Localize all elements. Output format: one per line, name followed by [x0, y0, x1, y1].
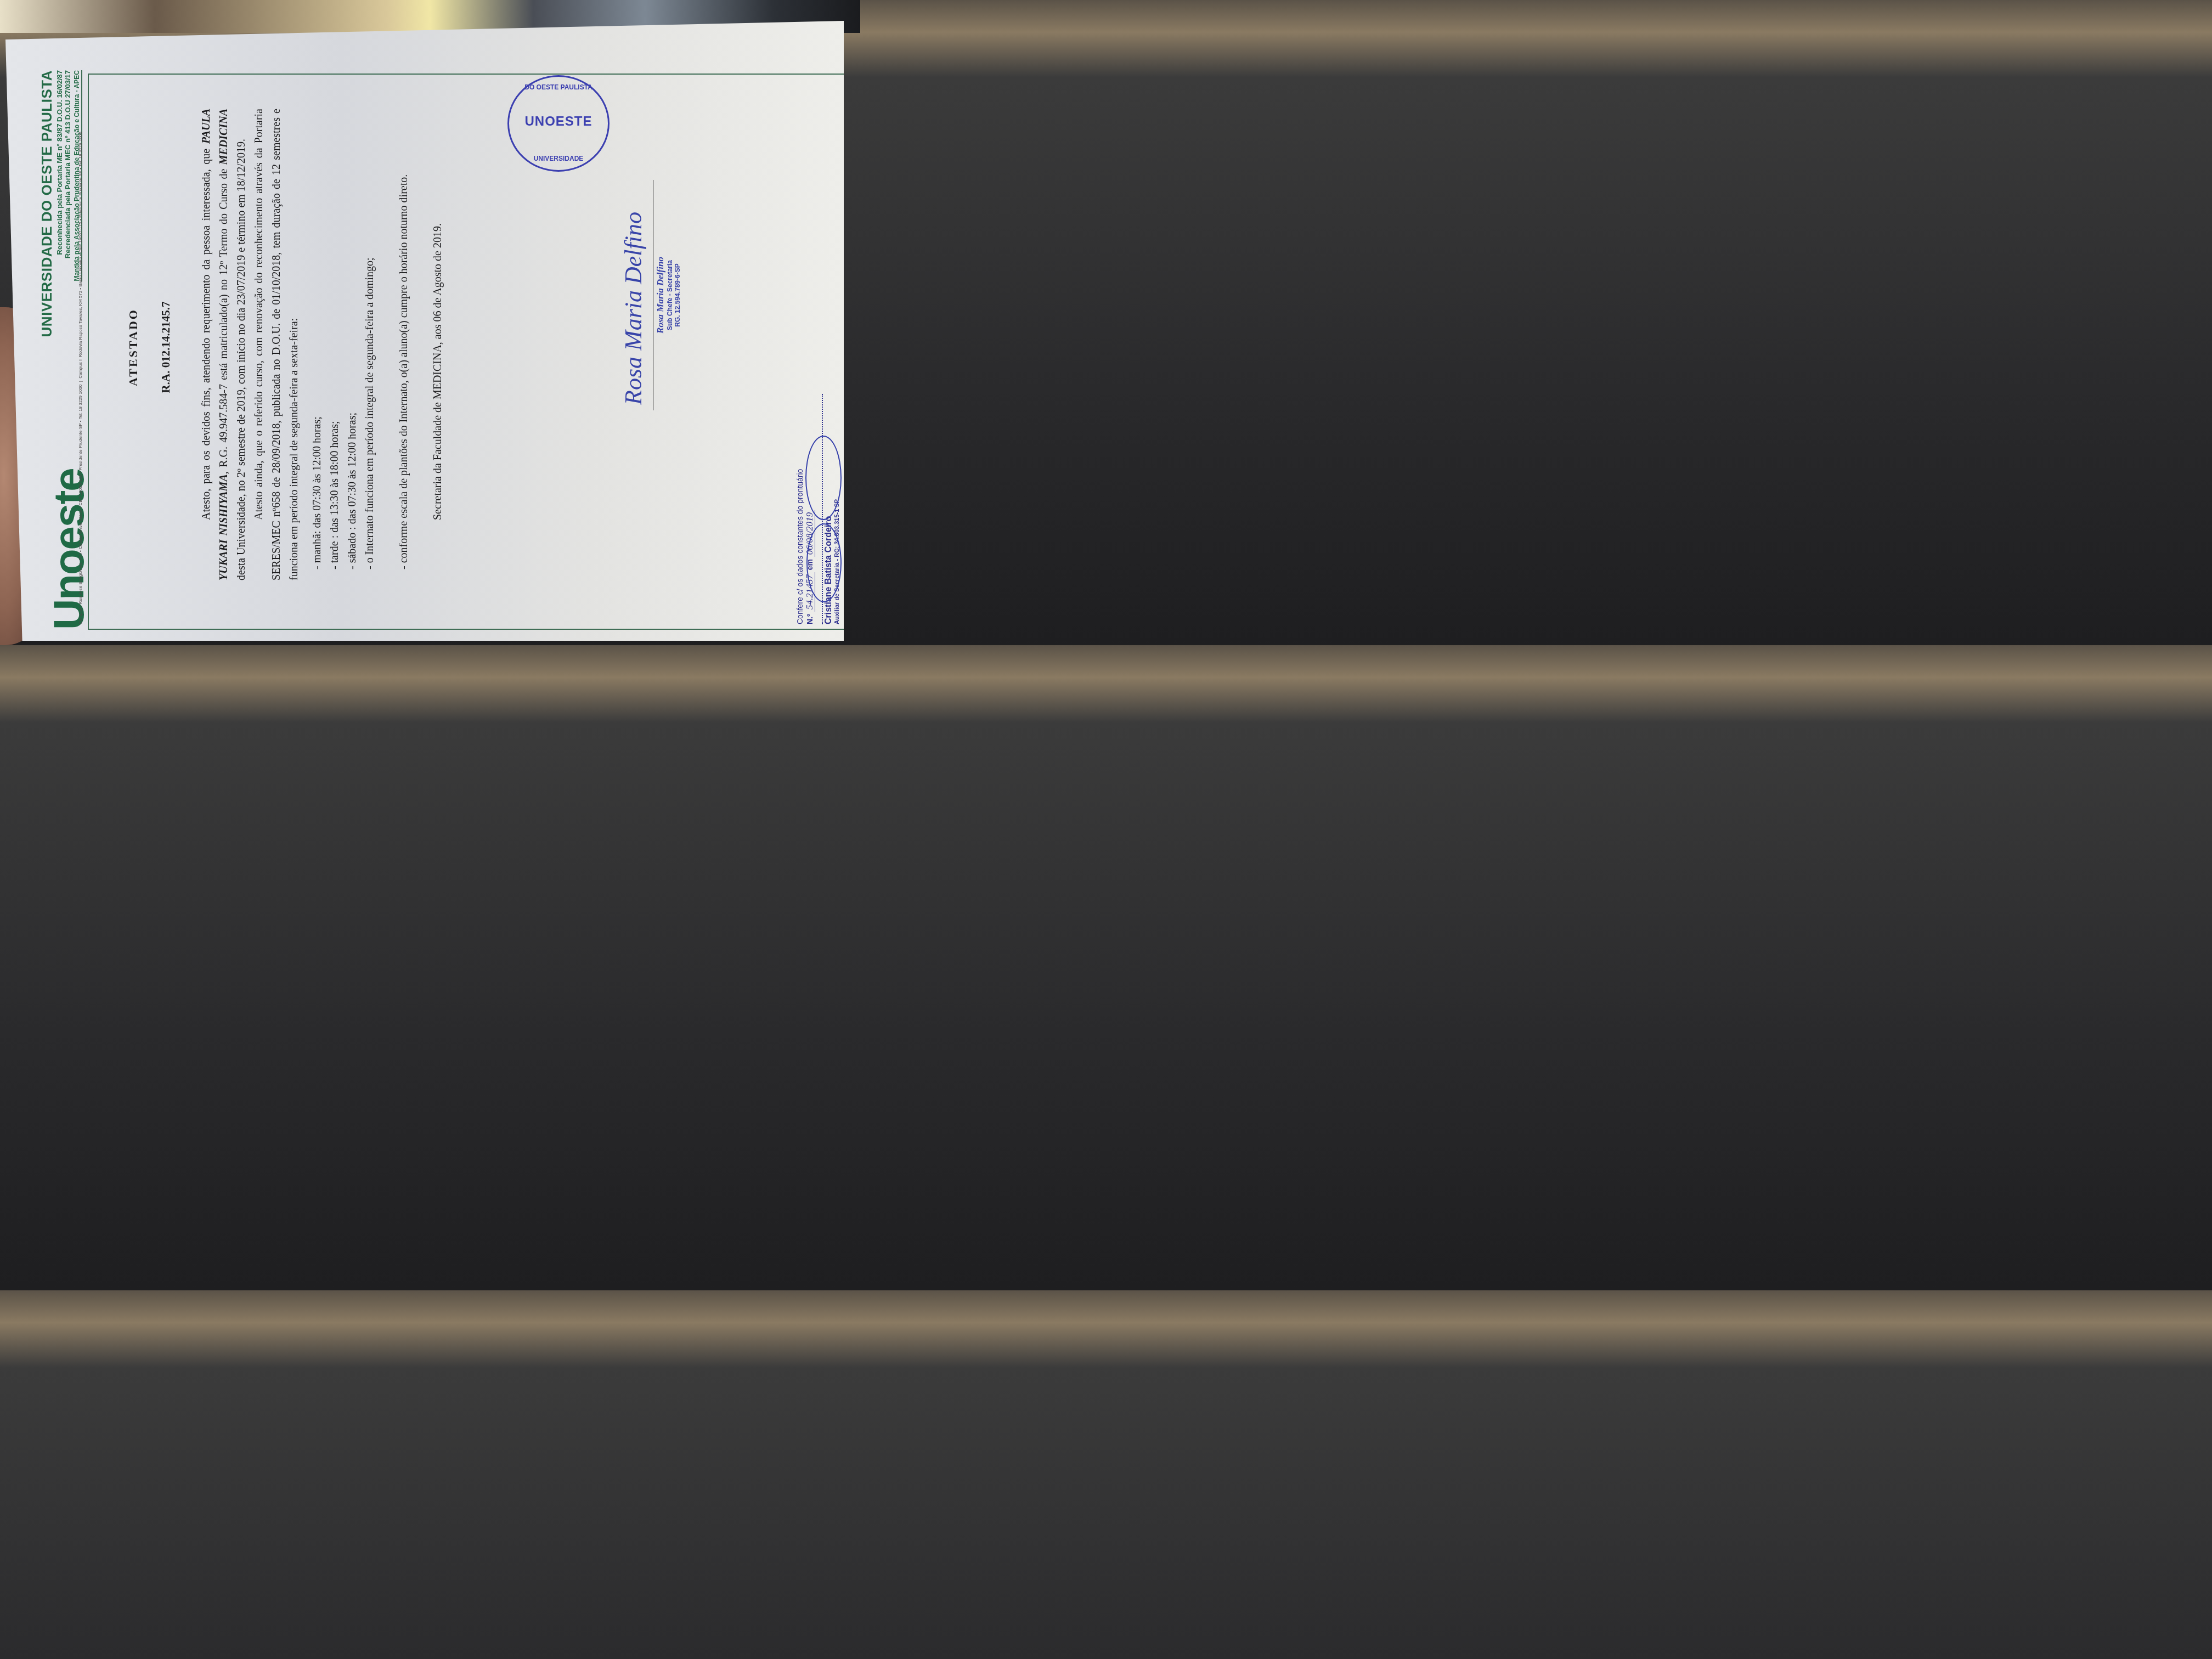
document-sheet: Unoeste UNIVERSIDADE DO OESTE PAULISTA R…: [5, 21, 844, 641]
signature-block: Rosa Maria Delfino Rosa Maria Delfino Su…: [653, 180, 681, 410]
handwritten-signature: Rosa Maria Delfino: [619, 212, 647, 405]
document-body: Atesto, para os devidos fins, atendendo …: [198, 109, 447, 580]
unoeste-logo: Unoeste: [44, 469, 94, 630]
registration-number: R.A. 012.14.2145.7: [159, 48, 173, 645]
address-campus1: Campus I Rua José Bongiovani, 700 • Cida…: [78, 385, 83, 624]
verifier-signature-loop: [805, 436, 842, 520]
verification-stamp: Confere c/ os dados constantes do prontu…: [795, 394, 840, 624]
schedule-item: - tarde : das 13:30 às 18:00 horas;: [326, 109, 343, 580]
schedule-item: - conforme escala de plantões do Interna…: [395, 109, 413, 580]
spacer: [413, 109, 429, 580]
recognition-line: Reconhecida pela Portaria ME nº 83/87 D.…: [55, 70, 64, 337]
course-name: MEDICINA: [218, 109, 230, 165]
record-number-label: N.º: [805, 614, 814, 624]
paragraph-1: Atesto, para os devidos fins, atendendo …: [198, 109, 250, 580]
document-content: Unoeste UNIVERSIDADE DO OESTE PAULISTA R…: [38, 48, 839, 645]
document-title: ATESTADO: [126, 48, 140, 645]
signer-role: Sub Chefe - Secretaria: [666, 180, 674, 410]
university-name: UNIVERSIDADE DO OESTE PAULISTA: [38, 70, 55, 337]
schedule-list: - manhã: das 07:30 às 12:00 horas; - tar…: [308, 109, 413, 580]
signer-name: Rosa Maria Delfino: [655, 180, 666, 410]
verifier-signature-loop: [806, 523, 842, 602]
schedule-item: - sábado : das 07:30 às 12:00 horas;: [343, 109, 361, 580]
university-letterhead: UNIVERSIDADE DO OESTE PAULISTA Reconheci…: [38, 70, 82, 337]
address-line: Campus I Rua José Bongiovani, 700 • Cida…: [78, 132, 83, 624]
seal-ring-bottom: UNIVERSIDADE: [509, 155, 608, 162]
paragraph-1-end: desta Universidade, no 2º semestre de 20…: [235, 139, 247, 580]
seal-ring-top: DO OESTE PAULISTA: [509, 83, 608, 91]
spacer: [379, 109, 395, 580]
seal-center: UNOESTE: [509, 114, 608, 129]
signer-rg: RG. 12.594.789-6-SP: [674, 180, 681, 410]
verification-caption: Confere c/ os dados constantes do prontu…: [795, 394, 804, 624]
schedule-item: - o Internato funciona em período integr…: [361, 109, 379, 580]
reaccreditation-line: Recredenciada pela Portaria MEC nº 413 D…: [64, 70, 72, 337]
university-seal: DO OESTE PAULISTA UNOESTE UNIVERSIDADE: [507, 75, 610, 172]
schedule-item: - manhã: das 07:30 às 12:00 horas;: [308, 109, 326, 580]
paragraph-2: Atesto ainda, que o referido curso, com …: [250, 109, 303, 580]
address-campus2: Campus II Rodovia Raposo Tavares, KM 572…: [78, 132, 83, 379]
closing-paragraph: Secretaria da Faculdade de MEDICINA, aos…: [429, 109, 447, 580]
paragraph-1-mid: , R.G. 49.947.584-7 está matriculado(a) …: [218, 165, 230, 474]
paragraph-1-intro: Atesto, para os devidos fins, atendendo …: [200, 144, 212, 520]
